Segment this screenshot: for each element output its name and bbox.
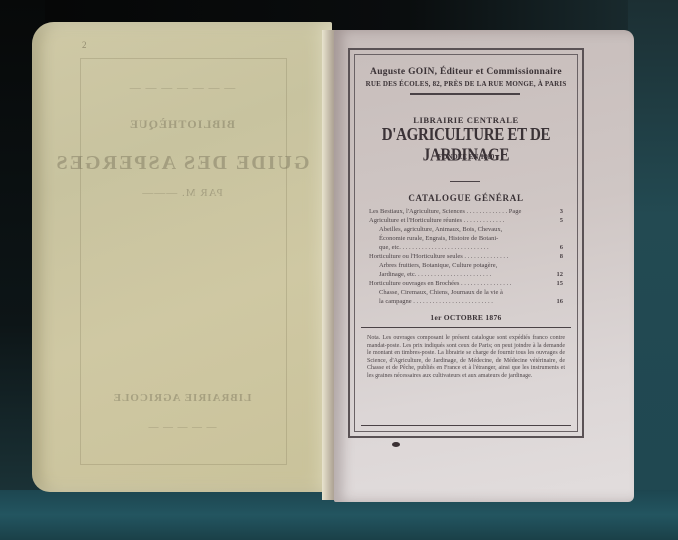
toc-entry: Arbres fruitiers, Botanique, Culture pot… [369, 261, 563, 270]
toc-entry-page [549, 288, 563, 297]
toc-entry-page: 6 [549, 243, 563, 252]
toc-entry-page: 12 [549, 270, 563, 279]
table-of-contents: Les Bestiaux, l'Agriculture, Sciences . … [369, 207, 563, 306]
toc-entry-label: Arbres fruitiers, Botanique, Culture pot… [379, 261, 549, 270]
toc-entry-page [549, 234, 563, 243]
catalog-date: 1er OCTOBRE 1876 [355, 313, 577, 322]
toc-entry-page: 8 [549, 252, 563, 261]
ghost-line: — — — — — [32, 422, 332, 433]
toc-entry-page [549, 225, 563, 234]
right-page: Auguste GOIN, Éditeur et Commissionnaire… [334, 30, 634, 502]
toc-entry-page: 3 [549, 207, 563, 216]
toc-entry: la campagne . . . . . . . . . . . . . . … [369, 297, 563, 306]
ink-spot [392, 442, 400, 447]
title-frame-inner: Auguste GOIN, Éditeur et Commissionnaire… [354, 54, 578, 432]
toc-entry-label: Jardinage, etc. . . . . . . . . . . . . … [379, 270, 549, 279]
toc-entry: Agriculture et l'Horticulture réunies . … [369, 216, 563, 225]
toc-entry-label: Horticulture ouvrages en Brochées . . . … [369, 279, 549, 288]
toc-entry: Économie rurale, Engrais, Histoire de Bo… [369, 234, 563, 243]
toc-entry: Horticulture ouvrages en Brochées . . . … [369, 279, 563, 288]
toc-entry-label: que, etc. . . . . . . . . . . . . . . . … [379, 243, 549, 252]
divider [361, 327, 571, 328]
founded-line: FONDÉE EN 1860 [355, 153, 577, 161]
ghost-line: BIBLIOTHÈQUE [32, 117, 332, 132]
toc-entry-label: Agriculture et l'Horticulture réunies . … [369, 216, 549, 225]
ghost-line: LIBRAIRIE AGRICOLE [32, 392, 332, 404]
publisher-name: Auguste GOIN, Éditeur et Commissionnaire [355, 67, 577, 77]
teal-cloth-right [628, 0, 678, 540]
toc-entry-label: Les Bestiaux, l'Agriculture, Sciences . … [369, 207, 549, 216]
toc-entry: que, etc. . . . . . . . . . . . . . . . … [369, 243, 563, 252]
ghost-line: GUIDE DES ASPERGES [32, 152, 332, 175]
toc-entry-label: Économie rurale, Engrais, Histoire de Bo… [379, 234, 549, 243]
left-page-number: 2 [82, 40, 87, 50]
toc-entry-page [549, 261, 563, 270]
publisher-address: RUE DES ÉCOLES, 82, PRÈS DE LA RUE MONGE… [355, 80, 577, 88]
toc-entry-page: 15 [549, 279, 563, 288]
toc-entry-page: 5 [549, 216, 563, 225]
notice-paragraph: Nota. Les ouvrages composant le présent … [367, 335, 565, 380]
divider [410, 93, 520, 95]
divider [450, 181, 480, 182]
title-frame: Auguste GOIN, Éditeur et Commissionnaire… [348, 48, 584, 438]
toc-entry-label: Chasse, Ciremaux, Chiens, Journaux de la… [379, 288, 549, 297]
ghost-line: — — — — — — — [32, 82, 332, 94]
divider [361, 425, 571, 426]
library-label: LIBRAIRIE CENTRALE [355, 115, 577, 125]
toc-entry-label: Abeilles, agriculture, Animaux, Bois, Ch… [379, 225, 549, 234]
toc-entry: Horticulture ou l'Horticulture seules . … [369, 252, 563, 261]
toc-entry-label: la campagne . . . . . . . . . . . . . . … [379, 297, 549, 306]
toc-entry: Jardinage, etc. . . . . . . . . . . . . … [369, 270, 563, 279]
left-page: 2 — — — — — — — BIBLIOTHÈQUE GUIDE DES A… [32, 22, 332, 492]
toc-entry: Les Bestiaux, l'Agriculture, Sciences . … [369, 207, 563, 216]
toc-entry: Abeilles, agriculture, Animaux, Bois, Ch… [369, 225, 563, 234]
catalog-title: CATALOGUE GÉNÉRAL [355, 193, 577, 203]
toc-entry-label: Horticulture ou l'Horticulture seules . … [369, 252, 549, 261]
toc-entry-page: 16 [549, 297, 563, 306]
ghost-line: PAR M. ——— [32, 187, 332, 199]
toc-entry: Chasse, Ciremaux, Chiens, Journaux de la… [369, 288, 563, 297]
